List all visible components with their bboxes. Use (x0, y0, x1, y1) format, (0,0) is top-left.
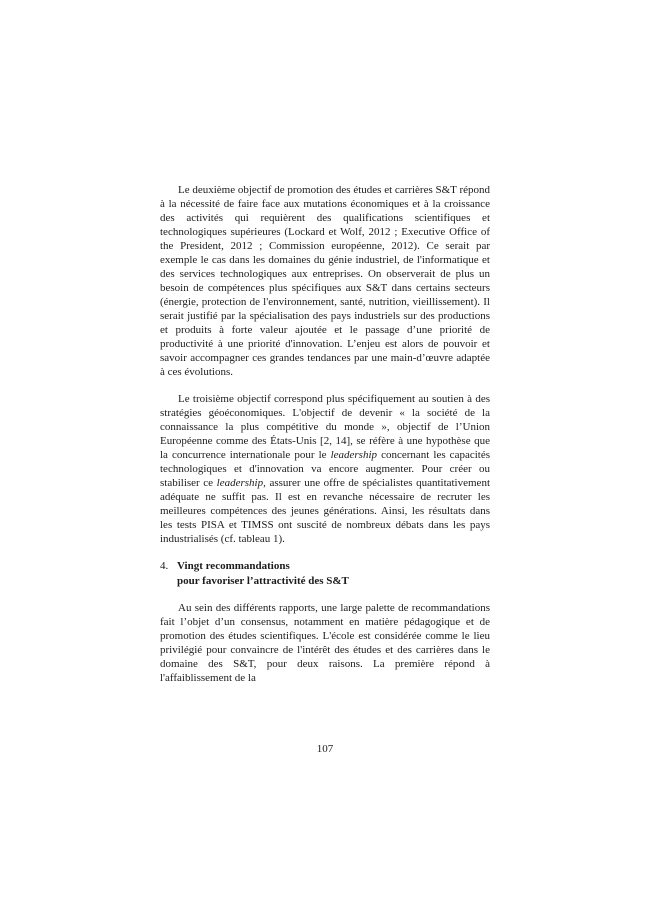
page-number: 107 (160, 742, 490, 756)
text-column: Le deuxième objectif de promotion des ét… (160, 183, 490, 685)
section-title: Vingt recommandations pour favoriser l’a… (177, 559, 349, 588)
section-title-line1: Vingt recommandations (177, 560, 290, 572)
section-number: 4. (160, 559, 177, 588)
paragraph-second-objective: Le deuxième objectif de promotion des ét… (160, 183, 490, 379)
section-heading: 4. Vingt recommandations pour favoriser … (160, 559, 490, 588)
section-title-line2: pour favoriser l’attractivité des S&T (177, 575, 349, 587)
paragraph-recommendations-intro: Au sein des différents rapports, une lar… (160, 601, 490, 685)
paragraph-third-objective: Le troisième objectif correspond plus sp… (160, 392, 490, 546)
